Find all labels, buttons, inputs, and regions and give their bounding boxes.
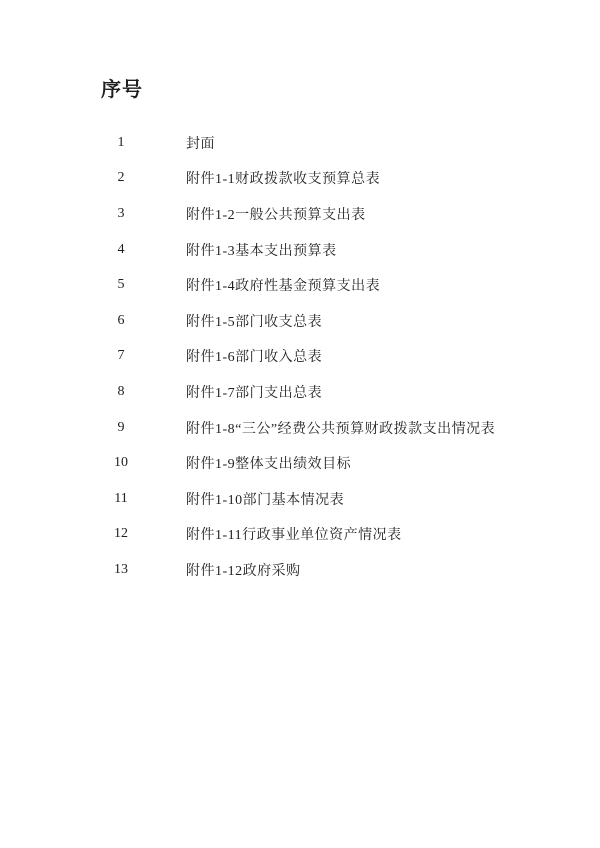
toc-row-label: 附件1-7部门支出总表 xyxy=(186,382,322,402)
toc-row: 13附件1-12政府采购 xyxy=(0,552,600,588)
toc-row: 5附件1-4政府性基金预算支出表 xyxy=(0,267,600,303)
toc-row-number: 13 xyxy=(96,562,146,578)
toc-list: 1封面2附件1-1财政拨款收支预算总表3附件1-2一般公共预算支出表4附件1-3… xyxy=(0,125,600,588)
toc-row-label: 附件1-11行政事业单位资产情况表 xyxy=(186,524,402,544)
toc-row-number: 12 xyxy=(96,526,146,542)
toc-row-label: 附件1-3基本支出预算表 xyxy=(186,240,337,260)
toc-row-label: 附件1-10部门基本情况表 xyxy=(186,489,344,509)
toc-row-label: 附件1-2一般公共预算支出表 xyxy=(186,204,366,224)
toc-row: 12附件1-11行政事业单位资产情况表 xyxy=(0,517,600,553)
toc-row: 9附件1-8“三公”经费公共预算财政拨款支出情况表 xyxy=(0,410,600,446)
toc-row: 1封面 xyxy=(0,125,600,161)
toc-row: 10附件1-9整体支出绩效目标 xyxy=(0,445,600,481)
toc-row: 8附件1-7部门支出总表 xyxy=(0,374,600,410)
toc-row-number: 2 xyxy=(96,170,146,186)
toc-row-number: 3 xyxy=(96,206,146,222)
document-page: 序号 1封面2附件1-1财政拨款收支预算总表3附件1-2一般公共预算支出表4附件… xyxy=(0,0,600,848)
toc-row-label: 附件1-12政府采购 xyxy=(186,560,301,580)
toc-row-number: 5 xyxy=(96,277,146,293)
toc-row-label: 封面 xyxy=(186,133,215,153)
toc-row-label: 附件1-1财政拨款收支预算总表 xyxy=(186,168,380,188)
toc-row: 3附件1-2一般公共预算支出表 xyxy=(0,196,600,232)
toc-row-label: 附件1-4政府性基金预算支出表 xyxy=(186,275,380,295)
toc-row-number: 11 xyxy=(96,491,146,507)
toc-row-number: 7 xyxy=(96,348,146,364)
toc-row-label: 附件1-5部门收支总表 xyxy=(186,311,322,331)
toc-row-number: 8 xyxy=(96,384,146,400)
toc-row-number: 4 xyxy=(96,242,146,258)
toc-row: 7附件1-6部门收入总表 xyxy=(0,339,600,375)
page-title: 序号 xyxy=(101,79,143,101)
toc-row: 2附件1-1财政拨款收支预算总表 xyxy=(0,161,600,197)
toc-row: 6附件1-5部门收支总表 xyxy=(0,303,600,339)
toc-row-number: 9 xyxy=(96,420,146,436)
toc-row-label: 附件1-8“三公”经费公共预算财政拨款支出情况表 xyxy=(186,418,495,438)
toc-row-label: 附件1-9整体支出绩效目标 xyxy=(186,453,351,473)
toc-row-number: 1 xyxy=(96,135,146,151)
toc-row-number: 6 xyxy=(96,313,146,329)
toc-row: 4附件1-3基本支出预算表 xyxy=(0,232,600,268)
toc-row-label: 附件1-6部门收入总表 xyxy=(186,346,322,366)
toc-row-number: 10 xyxy=(96,455,146,471)
toc-row: 11附件1-10部门基本情况表 xyxy=(0,481,600,517)
